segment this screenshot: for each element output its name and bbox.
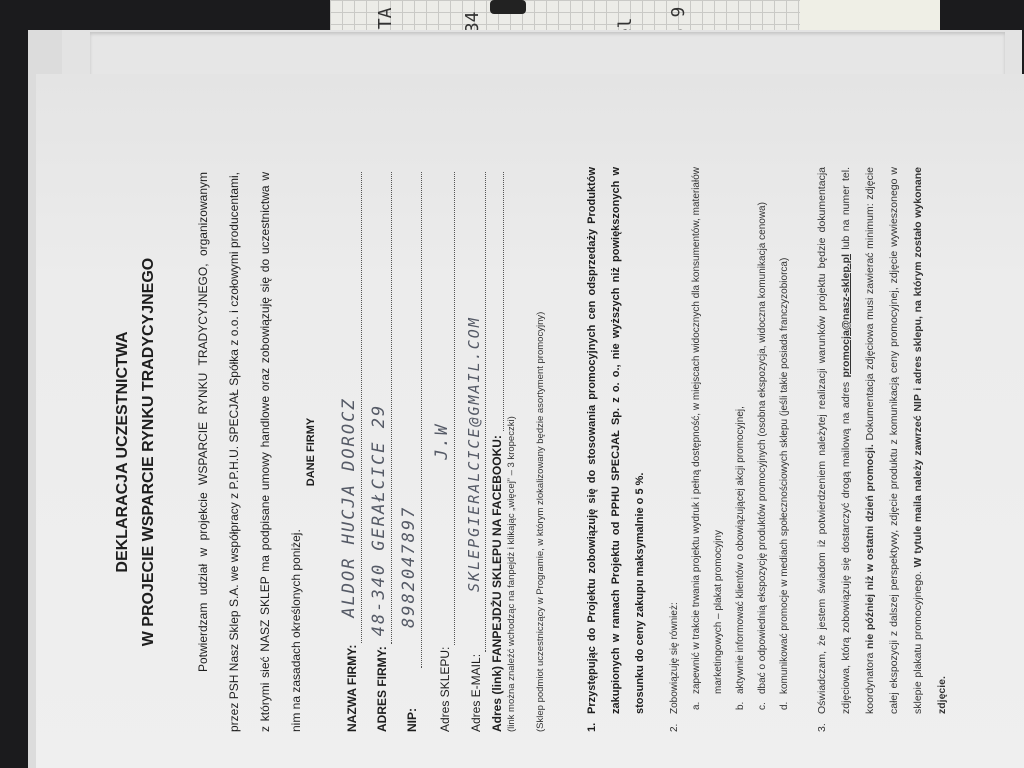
sub-text: aktywnie informować klientów o obowiązuj…: [735, 406, 746, 694]
field-company-name[interactable]: NAZWA FIRMY: ALDOR HUCJA DOROCZ: [332, 172, 362, 732]
obligation-1: 1. Przystępując do Projektu zobowiązuję …: [580, 167, 652, 732]
handwritten-value: SKLEPGIERALCICE@GMAIL.COM: [465, 316, 483, 592]
sub-item-a: a.zapewnić w trakcie trwania projektu wy…: [686, 167, 730, 714]
field-line[interactable]: ALDOR HUCJA DOROCZ: [332, 172, 362, 643]
field-line[interactable]: SKLEPGIERALCICE@GMAIL.COM: [456, 172, 486, 652]
intro-text: Potwierdzam udział w projekcie WSPARCIE …: [196, 172, 303, 732]
section-title: DANE FIRMY: [305, 152, 317, 752]
promo-email-link[interactable]: promocja@nasz-sklep.pl: [840, 254, 852, 377]
dark-object: [490, 0, 526, 14]
item-number: 1.: [580, 723, 604, 732]
facebook-field[interactable]: Adres (link) FANPEJDŻU SKLEPU NA FACEBOO…: [490, 172, 504, 732]
field-line[interactable]: 8982047897: [392, 172, 422, 668]
field-label: NAZWA FIRMY:: [345, 645, 362, 732]
sub-item-c: c.dbać o odpowiednią ekspozycję produktó…: [752, 167, 774, 714]
field-company-address[interactable]: ADRES FIRMY: 48-340 GERAŁCICE 29: [362, 172, 392, 732]
field-label: Adres E-MAIL:: [469, 654, 486, 732]
handwritten-value: 8982047897: [399, 506, 419, 628]
declaration-page: DEKLARACJA UCZESTNICTWA W PROJECIE WSPAR…: [110, 152, 910, 752]
handwritten-value: J.W: [432, 423, 452, 460]
sub-item-b: b.aktywnie informować klientów o obowiąz…: [730, 167, 752, 714]
obligation-3: 3. Oświadczam, że jestem świadom iż potw…: [810, 167, 954, 732]
intro-paragraph: Potwierdzam udział w projekcie WSPARCIE …: [188, 172, 312, 732]
field-line[interactable]: 48-340 GERAŁCICE 29: [362, 172, 392, 644]
sub-letter: d.: [774, 702, 796, 710]
obligations-list: 1. Przystępując do Projektu zobowiązuję …: [580, 167, 954, 732]
field-email[interactable]: Adres E-MAIL: SKLEPGIERALCICE@GMAIL.COM: [456, 172, 486, 732]
field-nip[interactable]: NIP: 8982047897: [392, 172, 422, 732]
field-line[interactable]: J.W: [425, 172, 455, 645]
sub-letter: a.: [686, 702, 708, 710]
handwritten-value: 48-340 GERAŁCICE 29: [369, 404, 389, 636]
item-text: Zobowiązuję się również:: [669, 602, 680, 714]
program-note: (Sklep podmiot uczestniczący w Programie…: [535, 312, 546, 732]
field-label: Adres SKLEPU:: [438, 647, 455, 732]
field-label: ADRES FIRMY:: [375, 646, 392, 732]
item-text: Przystępując do Projektu zobowiązuję się…: [586, 167, 646, 714]
sub-item-d: d.komunikować promocje w mediach społecz…: [774, 167, 796, 714]
field-label: NIP:: [405, 708, 422, 732]
facebook-note: (link można znaleźć wchodząc na fanpejdż…: [506, 416, 517, 732]
item-number: 2.: [664, 724, 686, 732]
sub-letter: c.: [752, 702, 774, 710]
facebook-line[interactable]: [492, 172, 504, 431]
deadline-text: nie później niż w ostatni dzień promocji…: [864, 444, 876, 649]
sub-text: zapewnić w trakcie trwania projektu wydr…: [691, 167, 724, 694]
item-number: 3.: [810, 723, 834, 732]
sub-text: komunikować promocje w mediach społeczno…: [779, 258, 790, 694]
sub-letter: b.: [730, 702, 752, 710]
facebook-label: Adres (link) FANPEJDŻU SKLEPU NA FACEBOO…: [490, 435, 504, 732]
title-line-2: W PROJECIE WSPARCIE RYNKU TRADYCYJNEGO: [136, 152, 162, 752]
field-shop-address[interactable]: Adres SKLEPU: J.W: [425, 172, 455, 732]
obligation-2: 2. Zobowiązuję się również: a.zapewnić w…: [664, 167, 796, 732]
title-line-1: DEKLARACJA UCZESTNICTWA: [110, 152, 136, 752]
handwritten-value: ALDOR HUCJA DOROCZ: [339, 397, 359, 617]
document-title: DEKLARACJA UCZESTNICTWA W PROJECIE WSPAR…: [110, 152, 162, 752]
sub-text: dbać o odpowiednią ekspozycję produktów …: [757, 202, 768, 694]
